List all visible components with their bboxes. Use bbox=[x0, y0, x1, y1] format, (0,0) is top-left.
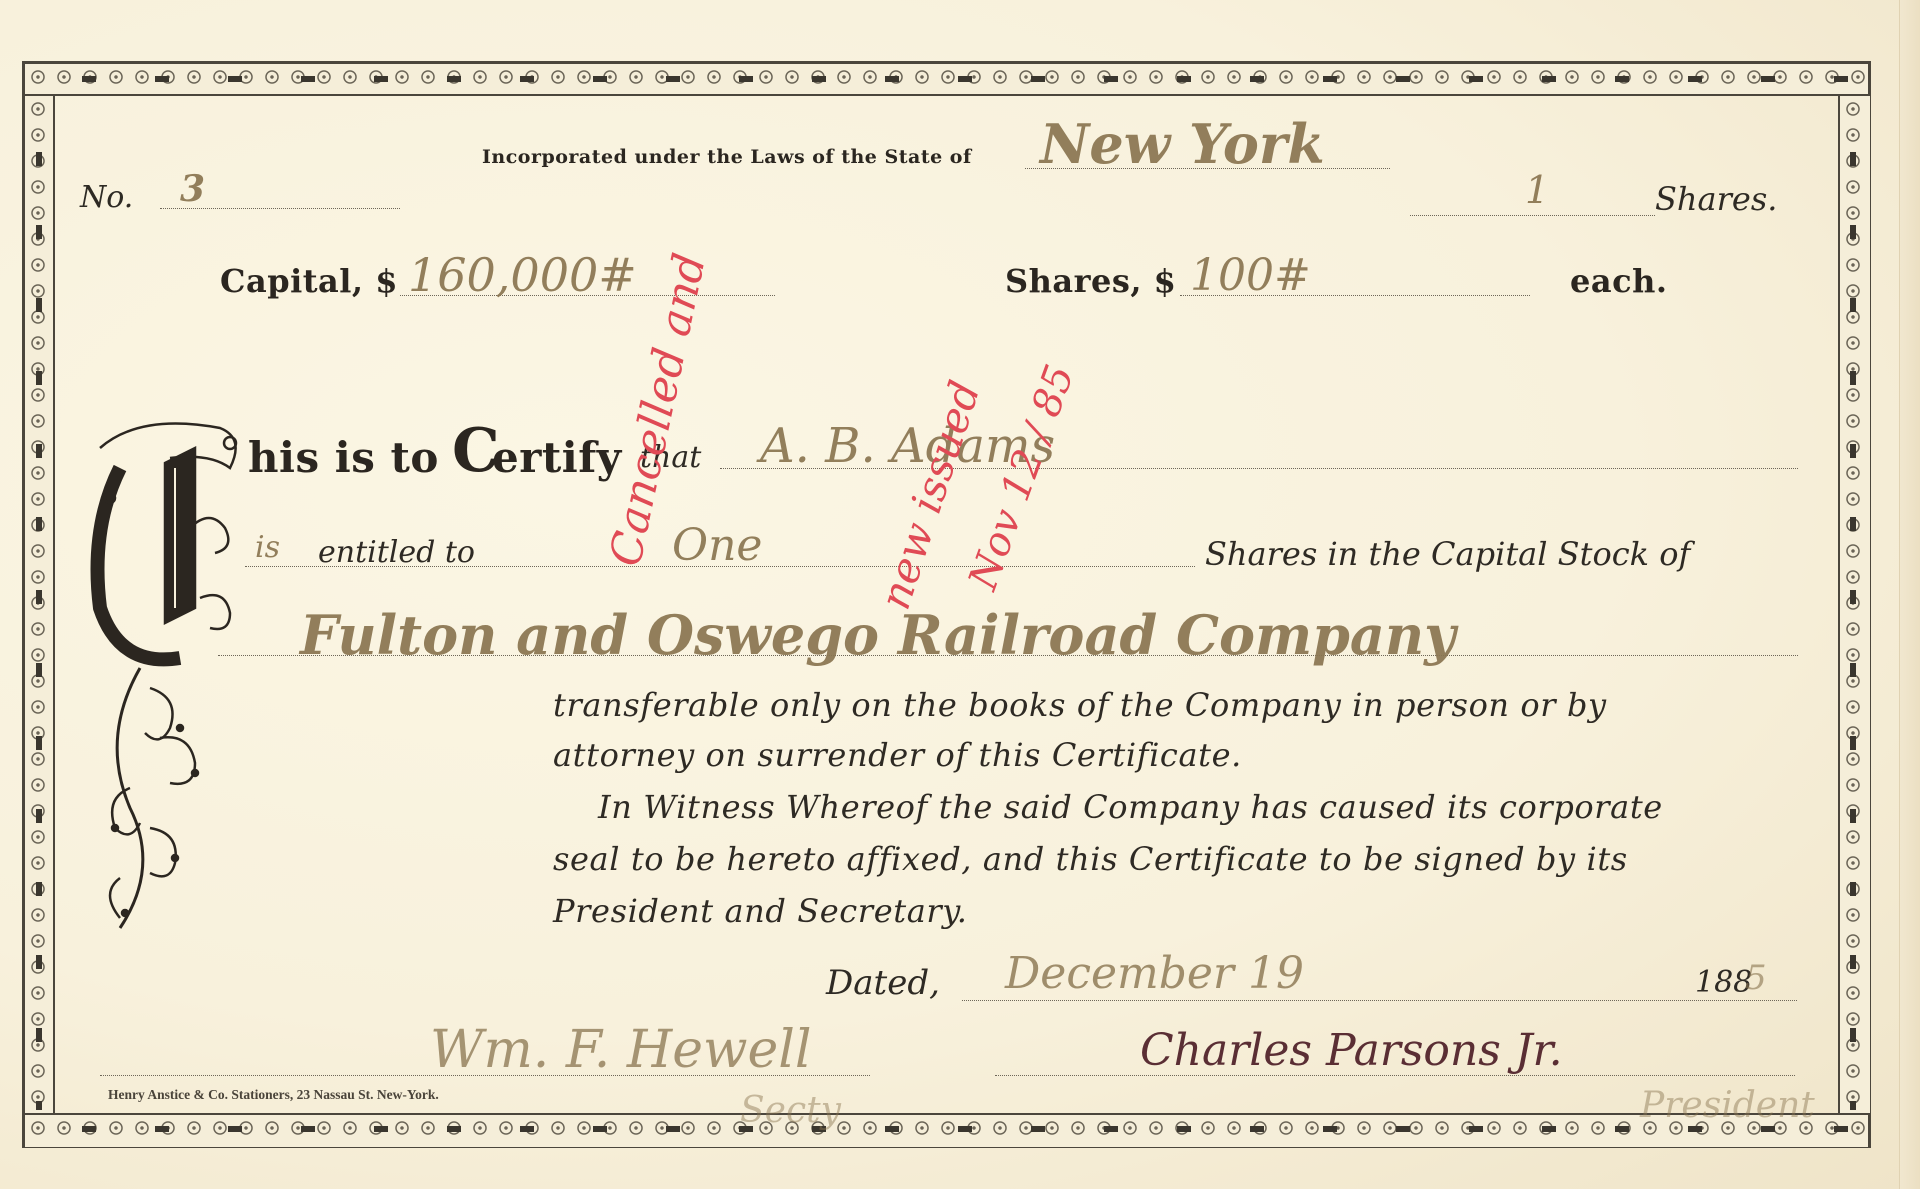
entitled-label: entitled to bbox=[318, 535, 475, 570]
capital-value: 160,000# bbox=[408, 248, 637, 302]
president-signature: Charles Parsons Jr. bbox=[1140, 1025, 1563, 1076]
border-dashes-left bbox=[36, 100, 42, 1110]
witness-line-3: President and Secretary. bbox=[553, 892, 967, 930]
capital-stock-label: Shares in the Capital Stock of bbox=[1205, 535, 1690, 573]
border-dashes-right bbox=[1850, 100, 1856, 1110]
dated-value: December 19 bbox=[1005, 948, 1304, 999]
dated-label: Dated, bbox=[826, 963, 940, 1003]
border-dashes-top bbox=[30, 76, 1865, 82]
year-handwritten: 5 bbox=[1745, 958, 1767, 998]
witness-line-1: In Witness Whereof the said Company has … bbox=[598, 788, 1663, 826]
shares-count-value: 1 bbox=[1525, 168, 1549, 212]
secretary-title: Secty bbox=[740, 1090, 841, 1131]
entitled-prefix: is bbox=[255, 530, 280, 565]
certificate-paper: Incorporated under the Laws of the State… bbox=[0, 0, 1920, 1189]
paper-edge bbox=[1899, 0, 1920, 1189]
number-dotline bbox=[160, 208, 400, 209]
witness-line-2: seal to be hereto affixed, and this Cert… bbox=[553, 840, 1628, 878]
ornamental-dropcap-t-icon bbox=[80, 408, 250, 948]
certify-text-part2: ertify bbox=[492, 433, 622, 482]
share-price-label: Shares, $ bbox=[1005, 262, 1176, 300]
transfer-line-2: attorney on surrender of this Certificat… bbox=[553, 736, 1242, 774]
shares-count-dotline bbox=[1410, 215, 1655, 216]
certificate-number: 3 bbox=[180, 168, 205, 210]
number-label: No. bbox=[80, 180, 133, 215]
president-title: President bbox=[1640, 1085, 1815, 1126]
company-name: Fulton and Oswego Railroad Company bbox=[300, 603, 1456, 667]
year-printed: 188 bbox=[1695, 965, 1752, 1000]
certify-text-part1: his is to bbox=[248, 433, 439, 482]
state-value: New York bbox=[1040, 112, 1325, 176]
shares-count-label: Shares. bbox=[1655, 180, 1777, 218]
incorporated-line: Incorporated under the Laws of the State… bbox=[482, 146, 972, 168]
border-dashes-bottom bbox=[30, 1126, 1865, 1132]
share-price-value: 100# bbox=[1190, 250, 1311, 301]
transfer-line-1: transferable only on the books of the Co… bbox=[553, 686, 1607, 724]
shares-words-value: One bbox=[672, 520, 762, 571]
dated-dotline bbox=[962, 1000, 1797, 1001]
secretary-signature: Wm. F. Hewell bbox=[430, 1020, 812, 1080]
capital-label: Capital, $ bbox=[220, 262, 398, 300]
printer-imprint: Henry Anstice & Co. Stationers, 23 Nassa… bbox=[108, 1087, 439, 1103]
each-label: each. bbox=[1570, 262, 1667, 300]
